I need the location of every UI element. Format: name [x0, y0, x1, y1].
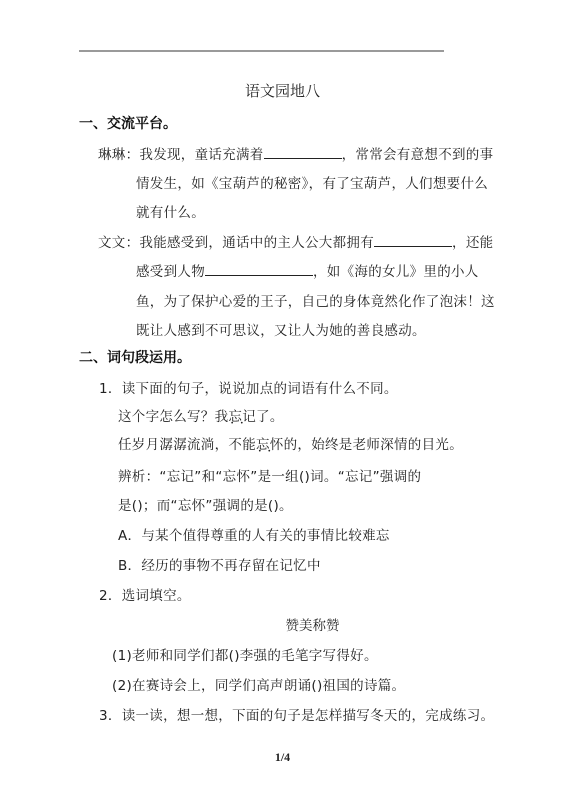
linlin-text-1a: 我发现，童话充满着 [139, 147, 263, 163]
fill-blank-3[interactable] [205, 261, 313, 276]
page-number: 1/4 [0, 750, 565, 765]
q3-prompt: 3．读一读，想一想，下面的句子是怎样描写冬天的，完成练习。 [99, 704, 494, 724]
q1-option-a: A．与某个值得尊重的人有关的事情比较难忘 [118, 524, 390, 544]
linlin-line-3: 就有什么。 [136, 201, 205, 221]
dotted-word-wangji: 忘记 [228, 405, 256, 425]
linlin-text-1b: ，常常会有意想不到的事 [342, 147, 494, 163]
linlin-line-2: 情发生，如《宝葫芦的秘密》，有了宝葫芦，人们想要什么 [136, 172, 488, 192]
wenwen-line-2: 感受到人物，如《海的女儿》里的小人 [136, 260, 479, 280]
q1-analysis-line-2: 是()；而“忘怀”强调的是()。 [118, 494, 293, 514]
dotted-word-wanghuai: 忘怀 [256, 433, 284, 453]
wenwen-speaker: 文文： [98, 235, 139, 251]
linlin-line-1: 琳琳：我发现，童话充满着，常常会有意想不到的事 [98, 143, 493, 163]
section1-heading: 一、交流平台。 [79, 113, 177, 133]
q1-s1-text-a: 这个字怎么写？我 [118, 409, 228, 425]
q2-item-1: (1)老师和同学们都()李强的毛笔字写得好。 [112, 644, 378, 664]
section2-heading: 二、词句段运用。 [79, 347, 191, 367]
wenwen-text-2b: ，如《海的女儿》里的小人 [313, 264, 479, 280]
document-title: 语文园地八 [0, 80, 565, 101]
q2-item-2: (2)在赛诗会上，同学们高声朗诵()祖国的诗篇。 [112, 674, 405, 694]
q1-sentence-2: 任岁月潺潺流淌，不能忘怀的，始终是老师深情的目光。 [118, 433, 463, 453]
wenwen-line-1: 文文：我能感受到，通话中的主人公大都拥有，还能 [98, 231, 493, 251]
q1-analysis-line-1: 辨析：“忘记”和“忘怀”是一组()词。“忘记”强调的 [118, 465, 421, 485]
wenwen-line-3: 鱼，为了保护心爱的王子，自己的身体竟然化作了泡沫！这 [136, 290, 495, 310]
fill-blank-1[interactable] [264, 144, 342, 159]
q2-word-bank: 赞美称赞 [0, 614, 565, 634]
q2-prompt: 2．选词填空。 [99, 584, 191, 604]
q1-s1-text-b: 了。 [256, 409, 284, 425]
q1-s2-text-a: 任岁月潺潺流淌，不能 [118, 437, 256, 453]
wenwen-line-4: 既让人感到不可思议，又让人为她的善良感动。 [136, 319, 426, 339]
q1-option-b: B．经历的事物不再存留在记忆中 [118, 554, 321, 574]
wenwen-text-1b: ，还能 [452, 235, 493, 251]
fill-blank-2[interactable] [374, 232, 452, 247]
wenwen-text-2a: 感受到人物 [136, 264, 205, 280]
wenwen-text-1a: 我能感受到，通话中的主人公大都拥有 [139, 235, 374, 251]
q1-prompt: 1．读下面的句子，说说加点的词语有什么不同。 [99, 377, 398, 397]
q1-sentence-1: 这个字怎么写？我忘记了。 [118, 405, 284, 425]
q1-s2-text-b: 的，始终是老师深情的目光。 [284, 437, 463, 453]
header-rule [79, 50, 444, 52]
linlin-speaker: 琳琳： [98, 147, 139, 163]
